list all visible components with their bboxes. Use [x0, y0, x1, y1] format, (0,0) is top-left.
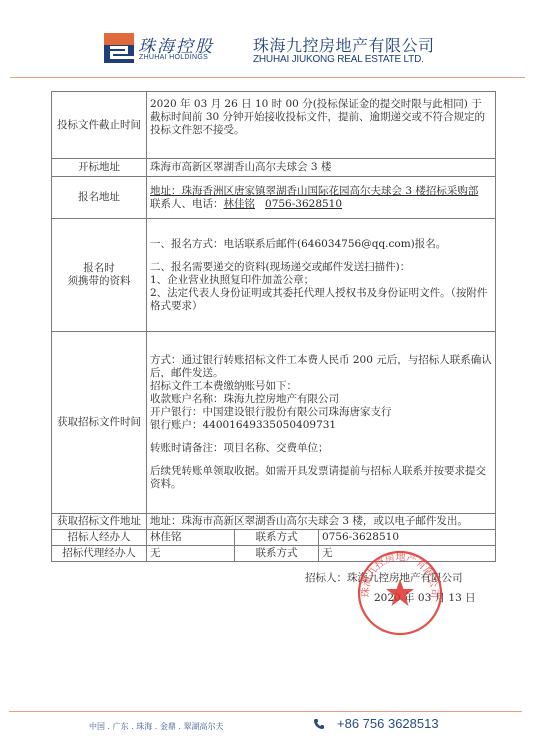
- registration-method: 一、报名方式：电话联系后邮件(646034756@qq.com)报名。: [150, 238, 492, 251]
- registration-contact: 联系人、电话：林佳铭 0756-3628510: [150, 198, 492, 211]
- account-number: 银行账户：44001649335050409731: [150, 419, 492, 432]
- registration-address-text: 地址：珠海香洲区唐家镇翠湖香山国际花园高尔夫球会 3 楼招标采购部: [150, 185, 492, 198]
- tenderer-handler-label: 招标人经办人: [52, 530, 147, 546]
- acquisition-time-label: 获取招标文件时间: [52, 332, 147, 514]
- company-name-english: ZHUHAI JIUKONG REAL ESTATE LTD.: [253, 54, 424, 65]
- label-line-2: 须携带的资料: [55, 275, 143, 288]
- registration-address-label: 报名地址: [52, 177, 147, 219]
- table-row-tenderer-handler: 招标人经办人 林佳铭 联系方式 0756-3628510: [52, 530, 496, 546]
- contact-name: 林佳铭: [224, 198, 256, 210]
- label-line-1: 报名时: [55, 262, 143, 275]
- registration-materials-value: 一、报名方式：电话联系后邮件(646034756@qq.com)报名。 二、报名…: [147, 219, 496, 332]
- header-divider: [10, 77, 525, 78]
- deadline-value: 2020 年 03 月 26 日 10 时 00 分(投标保证金的提交时限与此相…: [147, 92, 496, 159]
- payment-method: 方式：通过银行转账招标文件工本费人民币 200 元后，与招标人联系确认后，邮件发…: [150, 354, 492, 380]
- company-name-chinese: 珠海九控房地产有限公司: [253, 33, 435, 56]
- tenderer-handler-name: 林佳铭: [147, 530, 235, 545]
- acquisition-time-value: 方式：通过银行转账招标文件工本费人民币 200 元后，与招标人联系确认后，邮件发…: [147, 332, 496, 514]
- transfer-remark: 转账时请备注：项目名称、交费单位；: [150, 442, 492, 455]
- table-row-document-acquisition-address: 获取招标文件地址 地址：珠海市高新区翠湖香山高尔夫球会 3 楼，或以电子邮件发出…: [52, 514, 496, 530]
- table-row-deadline: 投标文件截止时间 2020 年 03 月 26 日 10 时 00 分(投标保证…: [52, 92, 496, 159]
- agent-handler-name: 无: [147, 546, 235, 561]
- acquisition-address-label: 获取招标文件地址: [52, 514, 147, 530]
- materials-item-2: 2、法定代表人身份证明或其委托代理人授权书及身份证明文件。（按附件格式要求）: [150, 287, 492, 313]
- footer-phone-number: +86 756 3628513: [337, 716, 439, 731]
- logo-english: ZHUHAI HOLDINGS: [139, 54, 208, 61]
- table-row-document-acquisition-time: 获取招标文件时间 方式：通过银行转账招标文件工本费人民币 200 元后，与招标人…: [52, 332, 496, 514]
- opening-address-value: 珠海市高新区翠湖香山高尔夫球会 3 楼: [147, 159, 496, 177]
- footer-address: 中国 . 广东 . 珠海 . 金鼎 . 翠湖高尔夫: [89, 721, 224, 732]
- table-row-registration-address: 报名地址 地址：珠海香洲区唐家镇翠湖香山国际花园高尔夫球会 3 楼招标采购部 联…: [52, 177, 496, 219]
- phone-icon: [313, 718, 325, 730]
- opening-address-label: 开标地址: [52, 159, 147, 177]
- registration-address-value: 地址：珠海香洲区唐家镇翠湖香山国际花园高尔夫球会 3 楼招标采购部 联系人、电话…: [147, 177, 496, 219]
- materials-item-1: 1、企业营业执照复印件加盖公章；: [150, 274, 492, 287]
- materials-heading: 二、报名需要递交的资料(现场递交或邮件发送扫描件)：: [150, 261, 492, 274]
- account-name: 收款账户名称：珠海九控房地产有限公司: [150, 393, 492, 406]
- tender-info-table: 投标文件截止时间 2020 年 03 月 26 日 10 时 00 分(投标保证…: [51, 91, 496, 562]
- tenderer-contact-label: 联系方式: [235, 530, 319, 545]
- account-intro: 招标文件工本费缴纳账号如下：: [150, 380, 492, 393]
- contact-phone: 0756-3628510: [265, 198, 342, 210]
- registration-materials-label: 报名时 须携带的资料: [52, 219, 147, 332]
- agent-contact-label: 联系方式: [235, 546, 319, 561]
- deadline-label: 投标文件截止时间: [52, 92, 147, 159]
- contact-prefix: 联系人、电话：: [150, 198, 224, 210]
- agent-handler-label: 招标代理经办人: [52, 546, 147, 562]
- company-seal-icon: 珠海九控房地产有限公司: [356, 549, 444, 637]
- table-row-opening-address: 开标地址 珠海市高新区翠湖香山高尔夫球会 3 楼: [52, 159, 496, 177]
- tenderer-contact-value: 0756-3628510: [319, 530, 496, 545]
- receipt-note: 后续凭转账单领取收据。如需开具发票请提前与招标人联系并按要求提交资料。: [150, 465, 492, 491]
- footer-divider: [9, 711, 522, 712]
- acquisition-address-value: 地址：珠海市高新区翠湖香山高尔夫球会 3 楼，或以电子邮件发出。: [147, 514, 496, 530]
- zhuhai-holdings-logo-icon: [104, 33, 134, 63]
- table-row-registration-materials: 报名时 须携带的资料 一、报名方式：电话联系后邮件(646034756@qq.c…: [52, 219, 496, 332]
- bank-name: 开户银行：中国建设银行股份有限公司珠海唐家支行: [150, 406, 492, 419]
- letterhead: 珠海控股 ZHUHAI HOLDINGS 珠海九控房地产有限公司 ZHUHAI …: [0, 0, 535, 78]
